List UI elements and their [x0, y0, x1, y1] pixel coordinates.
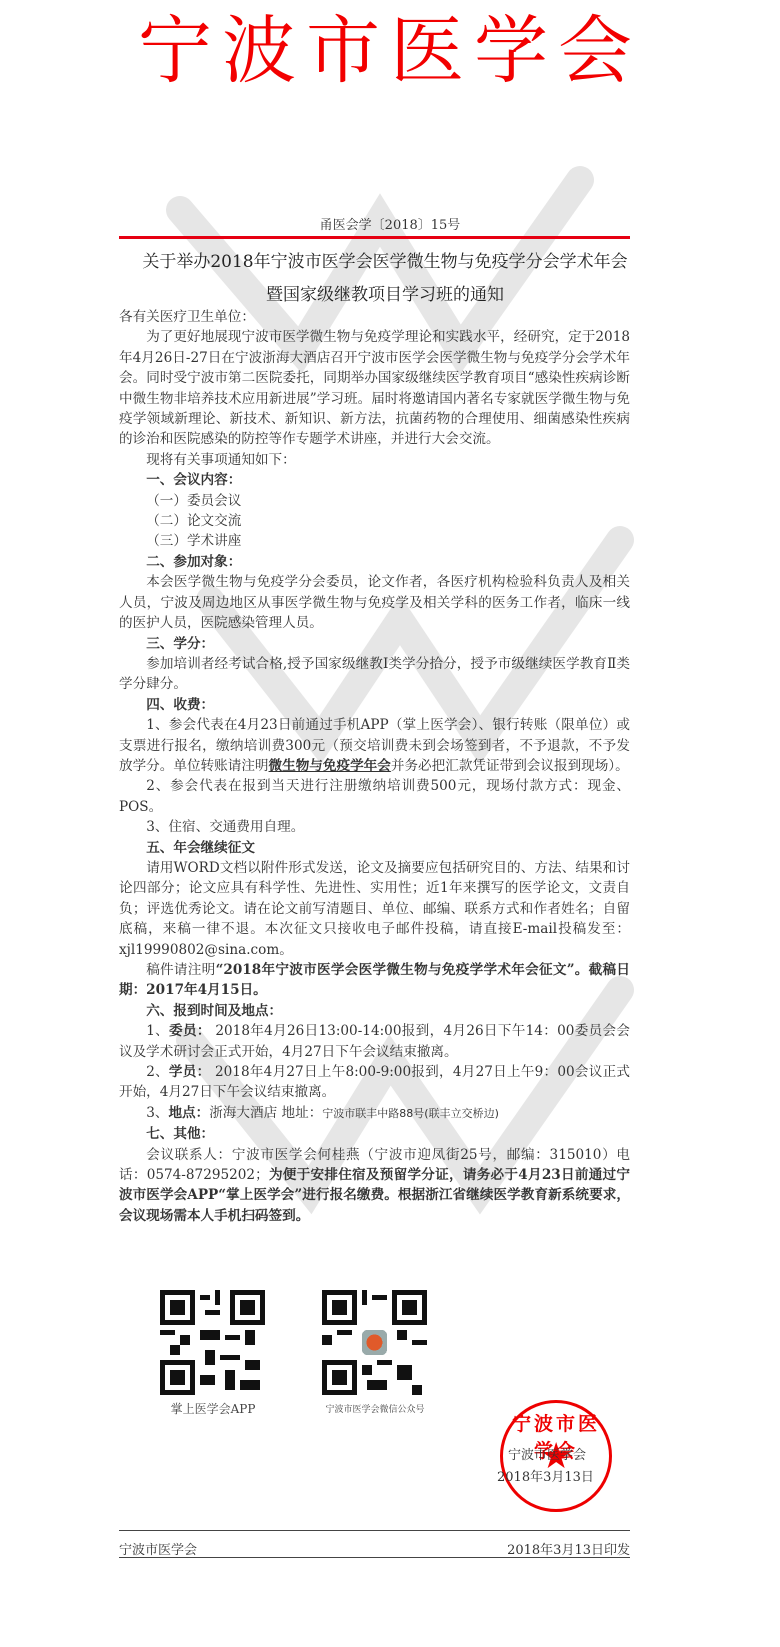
- section-5-note: 稿件请注明“2018年宁波市医学会医学微生物与免疫学学术年会征文”。截稿日期：2…: [119, 960, 630, 1001]
- section-1-item: （一）委员会议: [119, 491, 630, 511]
- section-3-text: 参加培训者经考试合格,授予国家级继教Ⅰ类学分拾分，授予市级继续医学教育Ⅱ类学分肆…: [119, 654, 630, 695]
- qr-codes: 掌上医学会APP 宁波市医学会微信公众号: [155, 1290, 455, 1420]
- document-number: 甬医会学〔2018〕15号: [0, 214, 780, 233]
- salutation: 各有关医疗卫生单位：: [119, 307, 630, 327]
- footer-rule-top: [119, 1530, 630, 1531]
- qr-caption-app: 掌上医学会APP: [133, 1400, 293, 1417]
- section-5-heading: 五、年会继续征文: [119, 838, 630, 858]
- fee-item-1: 1、参会代表在4月23日前通过手机APP（掌上医学会）、银行转账（限单位）或支票…: [119, 715, 630, 776]
- footer-issuer: 宁波市医学会: [119, 1539, 197, 1558]
- footer-rule-bottom: [119, 1557, 630, 1558]
- registration-item-2: 2、学员： 2018年4月27日上午8:00-9:00报到，4月27日上午9：0…: [119, 1062, 630, 1103]
- fee-item-3: 3、住宿、交通费用自理。: [119, 817, 630, 837]
- registration-item-1: 1、委员： 2018年4月26日13:00-14:00报到，4月26日下午14：…: [119, 1021, 630, 1062]
- document-body: 各有关医疗卫生单位： 为了更好地展现宁波市医学微生物与免疫学理论和实践水平，经研…: [119, 307, 630, 1226]
- signature-date: 2018年3月13日: [497, 1466, 594, 1485]
- red-header-rule: [119, 236, 630, 239]
- footer-issue-date: 2018年3月13日印发: [507, 1539, 630, 1558]
- section-6-heading: 六、报到时间及地点：: [119, 1001, 630, 1021]
- section-1-heading: 一、会议内容：: [119, 470, 630, 490]
- document-title: 关于举办2018年宁波市医学会医学微生物与免疫学分会学术年会 暨国家级继教项目学…: [110, 246, 660, 312]
- section-3-heading: 三、学分：: [119, 634, 630, 654]
- section-4-heading: 四、收费：: [119, 695, 630, 715]
- section-2-text: 本会医学微生物与免疫学分会委员，论文作者，各医疗机构检验科负责人及相关人员，宁波…: [119, 572, 630, 633]
- qr-caption-wechat: 宁波市医学会微信公众号: [295, 1402, 455, 1415]
- contact-paragraph: 会议联系人：宁波市医学会何桂燕（宁波市迎凤街25号，邮编：315010）电话：0…: [119, 1145, 630, 1227]
- section-1-item: （三）学术讲座: [119, 531, 630, 551]
- section-1-item: （二）论文交流: [119, 511, 630, 531]
- qr-code-app-icon: [160, 1290, 265, 1395]
- notice-lead: 现将有关事项通知如下：: [119, 450, 630, 470]
- emphasized-note: 微生物与免疫学年会: [269, 758, 391, 774]
- registration-item-3: 3、地点：浙海大酒店 地址：宁波市联丰中路88号(联丰立交桥边): [119, 1103, 630, 1124]
- title-line-1: 关于举办2018年宁波市医学会医学微生物与免疫学分会学术年会: [110, 246, 660, 279]
- signature-org: 宁波市医学会: [508, 1444, 586, 1463]
- qr-code-wechat-icon: [322, 1290, 427, 1395]
- section-2-heading: 二、参加对象：: [119, 552, 630, 572]
- section-7-heading: 七、其他：: [119, 1124, 630, 1144]
- intro-paragraph: 为了更好地展现宁波市医学微生物与免疫学理论和实践水平，经研究，定于2018年4月…: [119, 327, 630, 449]
- section-5-text: 请用WORD文档以附件形式发送，论文及摘要应包括研究目的、方法、结果和讨论四部分…: [119, 858, 630, 960]
- fee-item-2: 2、参会代表在报到当天进行注册缴纳培训费500元，现场付款方式：现金、POS。: [119, 776, 630, 817]
- org-title: 宁波市医学会: [0, 6, 780, 96]
